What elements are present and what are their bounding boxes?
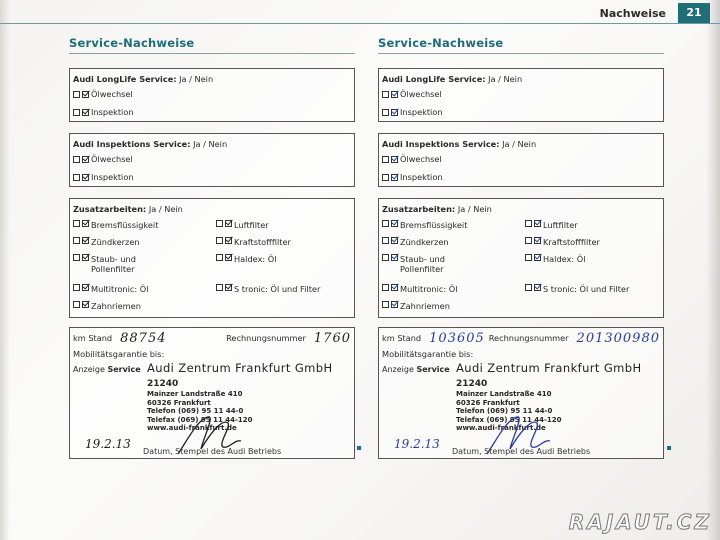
checkbox[interactable] bbox=[391, 284, 398, 291]
checkbox-row[interactable]: S tronic: Öl und Filter bbox=[216, 280, 356, 297]
checkbox[interactable] bbox=[382, 254, 389, 261]
signature-caption: Datum, Stempel des Audi Betriebs bbox=[452, 447, 590, 456]
checkbox-row[interactable]: Zündkerzen bbox=[73, 233, 216, 250]
ja-nein-options[interactable]: Ja / Nein bbox=[179, 74, 213, 84]
checkbox[interactable] bbox=[382, 301, 389, 308]
checkbox[interactable] bbox=[391, 254, 398, 261]
inspection-header: Audi Inspektions Service: Ja / Nein bbox=[382, 137, 660, 151]
longlife-service-box: Audi LongLife Service: Ja / Nein Ölwechs… bbox=[378, 68, 664, 122]
checkbox[interactable] bbox=[216, 220, 223, 227]
additional-work-header: Zusatzarbeiten: Ja / Nein bbox=[382, 202, 660, 216]
checkbox[interactable] bbox=[525, 254, 532, 261]
ja-nein-options[interactable]: Ja / Nein bbox=[149, 204, 183, 214]
inspection-label: Audi Inspektions Service: bbox=[382, 139, 500, 149]
longlife-service-box: Audi LongLife Service: Ja / Nein Ölwechs… bbox=[69, 68, 355, 122]
ja-nein-options[interactable]: Ja / Nein bbox=[502, 139, 536, 149]
checkbox-row[interactable]: Inspektion bbox=[382, 104, 660, 122]
checkbox[interactable] bbox=[391, 220, 398, 227]
checkbox-row[interactable]: Inspektion bbox=[382, 169, 660, 187]
checkbox-row[interactable]: Luftfilter bbox=[216, 216, 356, 233]
checkbox[interactable] bbox=[216, 284, 223, 291]
page-header: Nachweise 21 bbox=[0, 0, 720, 24]
teal-marker bbox=[667, 446, 671, 450]
checkbox-label: Zahnriemen bbox=[400, 301, 450, 311]
checkbox[interactable] bbox=[391, 301, 398, 308]
stamp-area: Anzeige Service Audi Zentrum Frankfurt G… bbox=[382, 361, 660, 451]
ja-nein-options[interactable]: Ja / Nein bbox=[488, 74, 522, 84]
inspection-label: Audi Inspektions Service: bbox=[73, 139, 191, 149]
longlife-header: Audi LongLife Service: Ja / Nein bbox=[73, 72, 351, 86]
inspection-header: Audi Inspektions Service: Ja / Nein bbox=[73, 137, 351, 151]
checkbox[interactable] bbox=[82, 237, 89, 244]
additional-work-grid: Bremsflüssigkeit Luftfilter Zündkerzen K… bbox=[382, 216, 660, 314]
checkbox[interactable] bbox=[82, 284, 89, 291]
checkbox-row[interactable]: Ölwechsel bbox=[382, 151, 660, 169]
checkbox-label: Haldex: Öl bbox=[234, 254, 276, 264]
checkbox-label: Luftfilter bbox=[234, 220, 269, 230]
checkbox-label: Staub- und Pollenfilter bbox=[400, 254, 490, 274]
checkbox[interactable] bbox=[534, 237, 541, 244]
checkbox-row[interactable]: Multitronic: Öl bbox=[382, 280, 525, 297]
checkbox[interactable] bbox=[73, 156, 80, 163]
checkbox[interactable] bbox=[525, 284, 532, 291]
checkbox-row[interactable]: Haldex: Öl bbox=[216, 250, 356, 280]
checkbox[interactable] bbox=[382, 156, 389, 163]
checkbox-label: Kraftstofffilter bbox=[234, 237, 291, 247]
checkbox[interactable] bbox=[382, 91, 389, 98]
checkbox-row[interactable]: Luftfilter bbox=[525, 216, 665, 233]
invoice-value[interactable]: 201300980 bbox=[577, 331, 660, 346]
mileage-row: km Stand 88754 Rechnungsnummer 1760 bbox=[73, 331, 351, 345]
checkbox[interactable] bbox=[382, 109, 389, 116]
checkbox-row[interactable]: Inspektion bbox=[73, 104, 351, 122]
checkbox[interactable] bbox=[382, 174, 389, 181]
anzeige-service-label: Anzeige Service bbox=[382, 365, 450, 374]
checkbox-row[interactable]: Kraftstofffilter bbox=[525, 233, 665, 250]
checkbox[interactable] bbox=[73, 284, 80, 291]
checkbox-label: Bremsflüssigkeit bbox=[400, 220, 467, 230]
checkbox[interactable] bbox=[216, 254, 223, 261]
checkbox-label: Bremsflüssigkeit bbox=[91, 220, 158, 230]
checkbox-row[interactable]: Zündkerzen bbox=[382, 233, 525, 250]
checkbox-label: S tronic: Öl und Filter bbox=[234, 284, 320, 294]
checkbox-label: Zahnriemen bbox=[91, 301, 141, 311]
checkbox[interactable] bbox=[534, 220, 541, 227]
checkbox[interactable] bbox=[534, 254, 541, 261]
checkbox-row[interactable]: Multitronic: Öl bbox=[73, 280, 216, 297]
additional-work-label: Zusatzarbeiten: bbox=[382, 204, 455, 214]
longlife-label: Audi LongLife Service: bbox=[73, 74, 177, 84]
checkbox[interactable] bbox=[225, 284, 232, 291]
watermark: RAJAUT.CZ bbox=[569, 510, 712, 534]
checkbox[interactable] bbox=[382, 284, 389, 291]
invoice-label: Rechnungsnummer bbox=[489, 333, 569, 343]
checkbox[interactable] bbox=[82, 174, 89, 181]
dealer-city: 60326 Frankfurt bbox=[147, 399, 253, 408]
checkbox[interactable] bbox=[82, 91, 89, 98]
inspection-service-box: Audi Inspektions Service: Ja / Nein Ölwe… bbox=[378, 133, 664, 187]
checkbox[interactable] bbox=[525, 220, 532, 227]
dealer-stamp-name: Audi Zentrum Frankfurt GmbH bbox=[147, 361, 333, 375]
km-label: km Stand bbox=[382, 333, 421, 343]
checkbox-label: Ölwechsel bbox=[91, 86, 133, 104]
checkbox[interactable] bbox=[73, 301, 80, 308]
additional-work-label: Zusatzarbeiten: bbox=[73, 204, 146, 214]
checkbox[interactable] bbox=[525, 237, 532, 244]
mileage-stamp-box: km Stand 88754 Rechnungsnummer 1760 Mobi… bbox=[69, 327, 355, 459]
anzeige-service-label: Anzeige Service bbox=[73, 365, 141, 374]
checkbox[interactable] bbox=[73, 237, 80, 244]
mobility-guarantee-label: Mobilitätsgarantie bis: bbox=[382, 347, 660, 361]
checkbox[interactable] bbox=[391, 174, 398, 181]
checkbox[interactable] bbox=[382, 220, 389, 227]
page-edge-shadow bbox=[706, 0, 720, 540]
checkbox[interactable] bbox=[382, 237, 389, 244]
checkbox-label: Ölwechsel bbox=[91, 151, 133, 169]
checkbox-row[interactable]: Staub- und Pollenfilter bbox=[73, 250, 216, 280]
ja-nein-options[interactable]: Ja / Nein bbox=[458, 204, 492, 214]
checkbox[interactable] bbox=[82, 109, 89, 116]
checkbox-label: S tronic: Öl und Filter bbox=[543, 284, 629, 294]
handwritten-date: 19.2.13 bbox=[394, 437, 440, 451]
checkbox-row[interactable]: Bremsflüssigkeit bbox=[73, 216, 216, 233]
checkbox-row[interactable]: Ölwechsel bbox=[382, 86, 660, 104]
additional-work-box: Zusatzarbeiten: Ja / Nein Bremsflüssigke… bbox=[378, 198, 664, 318]
checkbox[interactable] bbox=[73, 91, 80, 98]
mileage-stamp-box: km Stand 103605 Rechnungsnummer 20130098… bbox=[378, 327, 664, 459]
checkbox[interactable] bbox=[225, 220, 232, 227]
dealer-code: 21240 bbox=[147, 379, 253, 390]
longlife-label: Audi LongLife Service: bbox=[382, 74, 486, 84]
checkbox-row[interactable]: Staub- und Pollenfilter bbox=[382, 250, 525, 280]
additional-work-header: Zusatzarbeiten: Ja / Nein bbox=[73, 202, 351, 216]
km-label: km Stand bbox=[73, 333, 112, 343]
checkbox[interactable] bbox=[391, 156, 398, 163]
header-title: Nachweise bbox=[600, 7, 666, 20]
teal-marker bbox=[357, 446, 361, 450]
checkbox-label: Inspektion bbox=[400, 104, 443, 122]
checkbox-label: Luftfilter bbox=[543, 220, 578, 230]
checkbox-label: Staub- und Pollenfilter bbox=[91, 254, 181, 274]
checkbox-label: Haldex: Öl bbox=[543, 254, 585, 264]
checkbox[interactable] bbox=[73, 254, 80, 261]
section-title: Service-Nachweise bbox=[378, 36, 664, 54]
checkbox-row[interactable]: Bremsflüssigkeit bbox=[382, 216, 525, 233]
inspection-service-box: Audi Inspektions Service: Ja / Nein Ölwe… bbox=[69, 133, 355, 187]
handwritten-date: 19.2.13 bbox=[85, 437, 131, 451]
checkbox[interactable] bbox=[73, 109, 80, 116]
stamp-area: Anzeige Service Audi Zentrum Frankfurt G… bbox=[73, 361, 351, 451]
mobility-guarantee-label: Mobilitätsgarantie bis: bbox=[73, 347, 351, 361]
checkbox-row[interactable]: Inspektion bbox=[73, 169, 351, 187]
checkbox-label: Multitronic: Öl bbox=[91, 284, 148, 294]
invoice-value[interactable]: 1760 bbox=[314, 331, 351, 346]
checkbox-label: Zündkerzen bbox=[400, 237, 449, 247]
checkbox[interactable] bbox=[82, 254, 89, 261]
mileage-row: km Stand 103605 Rechnungsnummer 20130098… bbox=[382, 331, 660, 345]
checkbox-row[interactable]: Zahnriemen bbox=[73, 297, 216, 314]
additional-work-grid: Bremsflüssigkeit Luftfilter Zündkerzen K… bbox=[73, 216, 351, 314]
checkbox-label: Inspektion bbox=[400, 169, 443, 187]
ja-nein-options[interactable]: Ja / Nein bbox=[193, 139, 227, 149]
km-value[interactable]: 88754 bbox=[120, 331, 166, 346]
checkbox-label: Multitronic: Öl bbox=[400, 284, 457, 294]
checkbox[interactable] bbox=[391, 109, 398, 116]
page-number: 21 bbox=[678, 3, 710, 23]
checkbox[interactable] bbox=[225, 237, 232, 244]
checkbox[interactable] bbox=[391, 237, 398, 244]
checkbox-label: Ölwechsel bbox=[400, 151, 442, 169]
dealer-street: Mainzer Landstraße 410 bbox=[147, 390, 253, 399]
km-value[interactable]: 103605 bbox=[429, 331, 485, 346]
checkbox-label: Ölwechsel bbox=[400, 86, 442, 104]
checkbox[interactable] bbox=[225, 254, 232, 261]
checkbox[interactable] bbox=[82, 301, 89, 308]
checkbox-row[interactable]: Zahnriemen bbox=[382, 297, 525, 314]
longlife-header: Audi LongLife Service: Ja / Nein bbox=[382, 72, 660, 86]
dealer-code: 21240 bbox=[456, 379, 562, 390]
checkbox[interactable] bbox=[534, 284, 541, 291]
checkbox-row[interactable]: Ölwechsel bbox=[73, 86, 351, 104]
checkbox-row[interactable]: S tronic: Öl und Filter bbox=[525, 280, 665, 297]
checkbox[interactable] bbox=[391, 91, 398, 98]
checkbox-row[interactable]: Kraftstofffilter bbox=[216, 233, 356, 250]
additional-work-box: Zusatzarbeiten: Ja / Nein Bremsflüssigke… bbox=[69, 198, 355, 318]
checkbox[interactable] bbox=[73, 220, 80, 227]
service-record-1: Service-Nachweise Audi LongLife Service:… bbox=[69, 36, 355, 54]
checkbox-label: Zündkerzen bbox=[91, 237, 140, 247]
checkbox-row[interactable]: Ölwechsel bbox=[73, 151, 351, 169]
service-record-2: Service-Nachweise Audi LongLife Service:… bbox=[378, 36, 664, 54]
signature-caption: Datum, Stempel des Audi Betriebs bbox=[143, 447, 281, 456]
checkbox[interactable] bbox=[82, 156, 89, 163]
dealer-stamp-name: Audi Zentrum Frankfurt GmbH bbox=[456, 361, 642, 375]
dealer-city: 60326 Frankfurt bbox=[456, 399, 562, 408]
page-edge-shadow bbox=[0, 0, 10, 540]
checkbox-label: Inspektion bbox=[91, 104, 134, 122]
invoice-label: Rechnungsnummer bbox=[226, 333, 306, 343]
checkbox-label: Kraftstofffilter bbox=[543, 237, 600, 247]
checkbox-row[interactable]: Haldex: Öl bbox=[525, 250, 665, 280]
checkbox[interactable] bbox=[216, 237, 223, 244]
section-title: Service-Nachweise bbox=[69, 36, 355, 54]
checkbox[interactable] bbox=[82, 220, 89, 227]
checkbox-label: Inspektion bbox=[91, 169, 134, 187]
checkbox[interactable] bbox=[73, 174, 80, 181]
dealer-street: Mainzer Landstraße 410 bbox=[456, 390, 562, 399]
